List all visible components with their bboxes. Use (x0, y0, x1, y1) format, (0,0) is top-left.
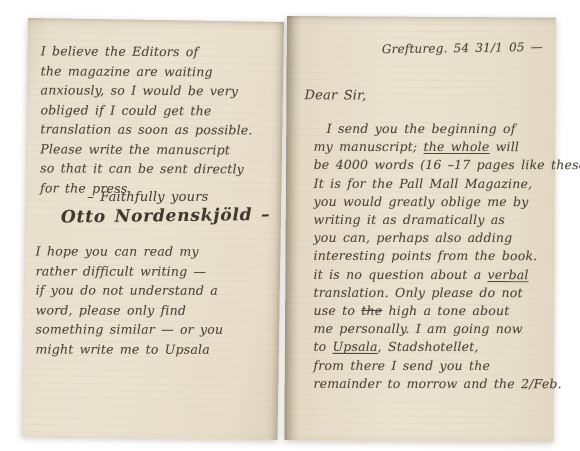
letter-line: from there I send you the (313, 357, 580, 375)
underlined-text: verbal (488, 267, 529, 282)
letter-text: to (313, 339, 332, 354)
letter-line: the magazine are waiting (41, 61, 253, 82)
struck-out-text: the (361, 303, 382, 318)
letter-line: anxiously, so I would be very (41, 80, 253, 101)
left-paragraph-2: I hope you can read my rather difficult … (35, 241, 223, 358)
letter-line: translation as soon as possible. (40, 119, 252, 140)
left-paragraph-1: I believe the Editors of the magazine ar… (40, 41, 253, 198)
signature: Otto Nordenskjöld – (61, 205, 271, 228)
salutation: Dear Sir, (304, 88, 366, 103)
letter-line: translation. Only please do not (313, 284, 580, 302)
underlined-text: the whole (424, 139, 490, 154)
letter-line: It is for the Pall Mall Magazine, (314, 175, 580, 193)
letter-line: if you do not understand a (36, 280, 224, 300)
letter-line: my manuscript; the whole will (314, 138, 580, 156)
letter-line: rather difficult writing — (36, 261, 224, 281)
letter-text: use to (313, 303, 361, 318)
letter-line: interesting points from the book. (314, 247, 580, 265)
letter-line: to Upsala, Stadshotellet, (313, 338, 580, 356)
letter-page-right: Greftureg. 54 31/1 05 — Dear Sir, I send… (284, 16, 556, 442)
letter-line: I believe the Editors of (41, 41, 253, 62)
letter-line: use to the high a tone about (313, 302, 580, 320)
dateline: Greftureg. 54 31/1 05 — (382, 40, 543, 56)
letter-line: something similar — or you (36, 319, 224, 339)
letter-line: Please write the manuscript (40, 139, 252, 160)
underlined-text: Upsala (333, 339, 378, 354)
letter-line: writing it as dramatically as (314, 211, 580, 229)
letter-text: high a tone about (382, 303, 509, 318)
letter-line: be 4000 words (16 –17 pages like these) (314, 156, 580, 174)
letter-line: remainder to morrow and the 2/Feb. (313, 375, 580, 393)
letter-line: it is no question about a verbal (314, 266, 580, 284)
right-body: I send you the beginning of my manuscrip… (313, 120, 580, 393)
letter-line: I hope you can read my (36, 241, 224, 261)
letter-line: I send you the beginning of (314, 120, 580, 138)
letter-page-left: I believe the Editors of the magazine ar… (21, 18, 284, 440)
letter-text: , Stadshotellet, (378, 339, 479, 354)
letter-text: it is no question about a (314, 267, 488, 282)
letter-photograph: I believe the Editors of the magazine ar… (0, 0, 580, 451)
letter-text: my manuscript; (314, 139, 424, 154)
letter-line: so that it can be sent directly (40, 158, 252, 179)
letter-line: might write me to Upsala (35, 339, 223, 359)
letter-text: will (489, 139, 519, 154)
letter-line: me personally. I am going now (313, 320, 580, 338)
letter-line: obliged if I could get the (40, 100, 252, 121)
letter-line: you can, perhaps also adding (314, 229, 580, 247)
letter-line: word, please only find (36, 300, 224, 320)
letter-line: you would greatly oblige me by (314, 193, 580, 211)
valediction: – Faithfully yours (87, 190, 208, 205)
